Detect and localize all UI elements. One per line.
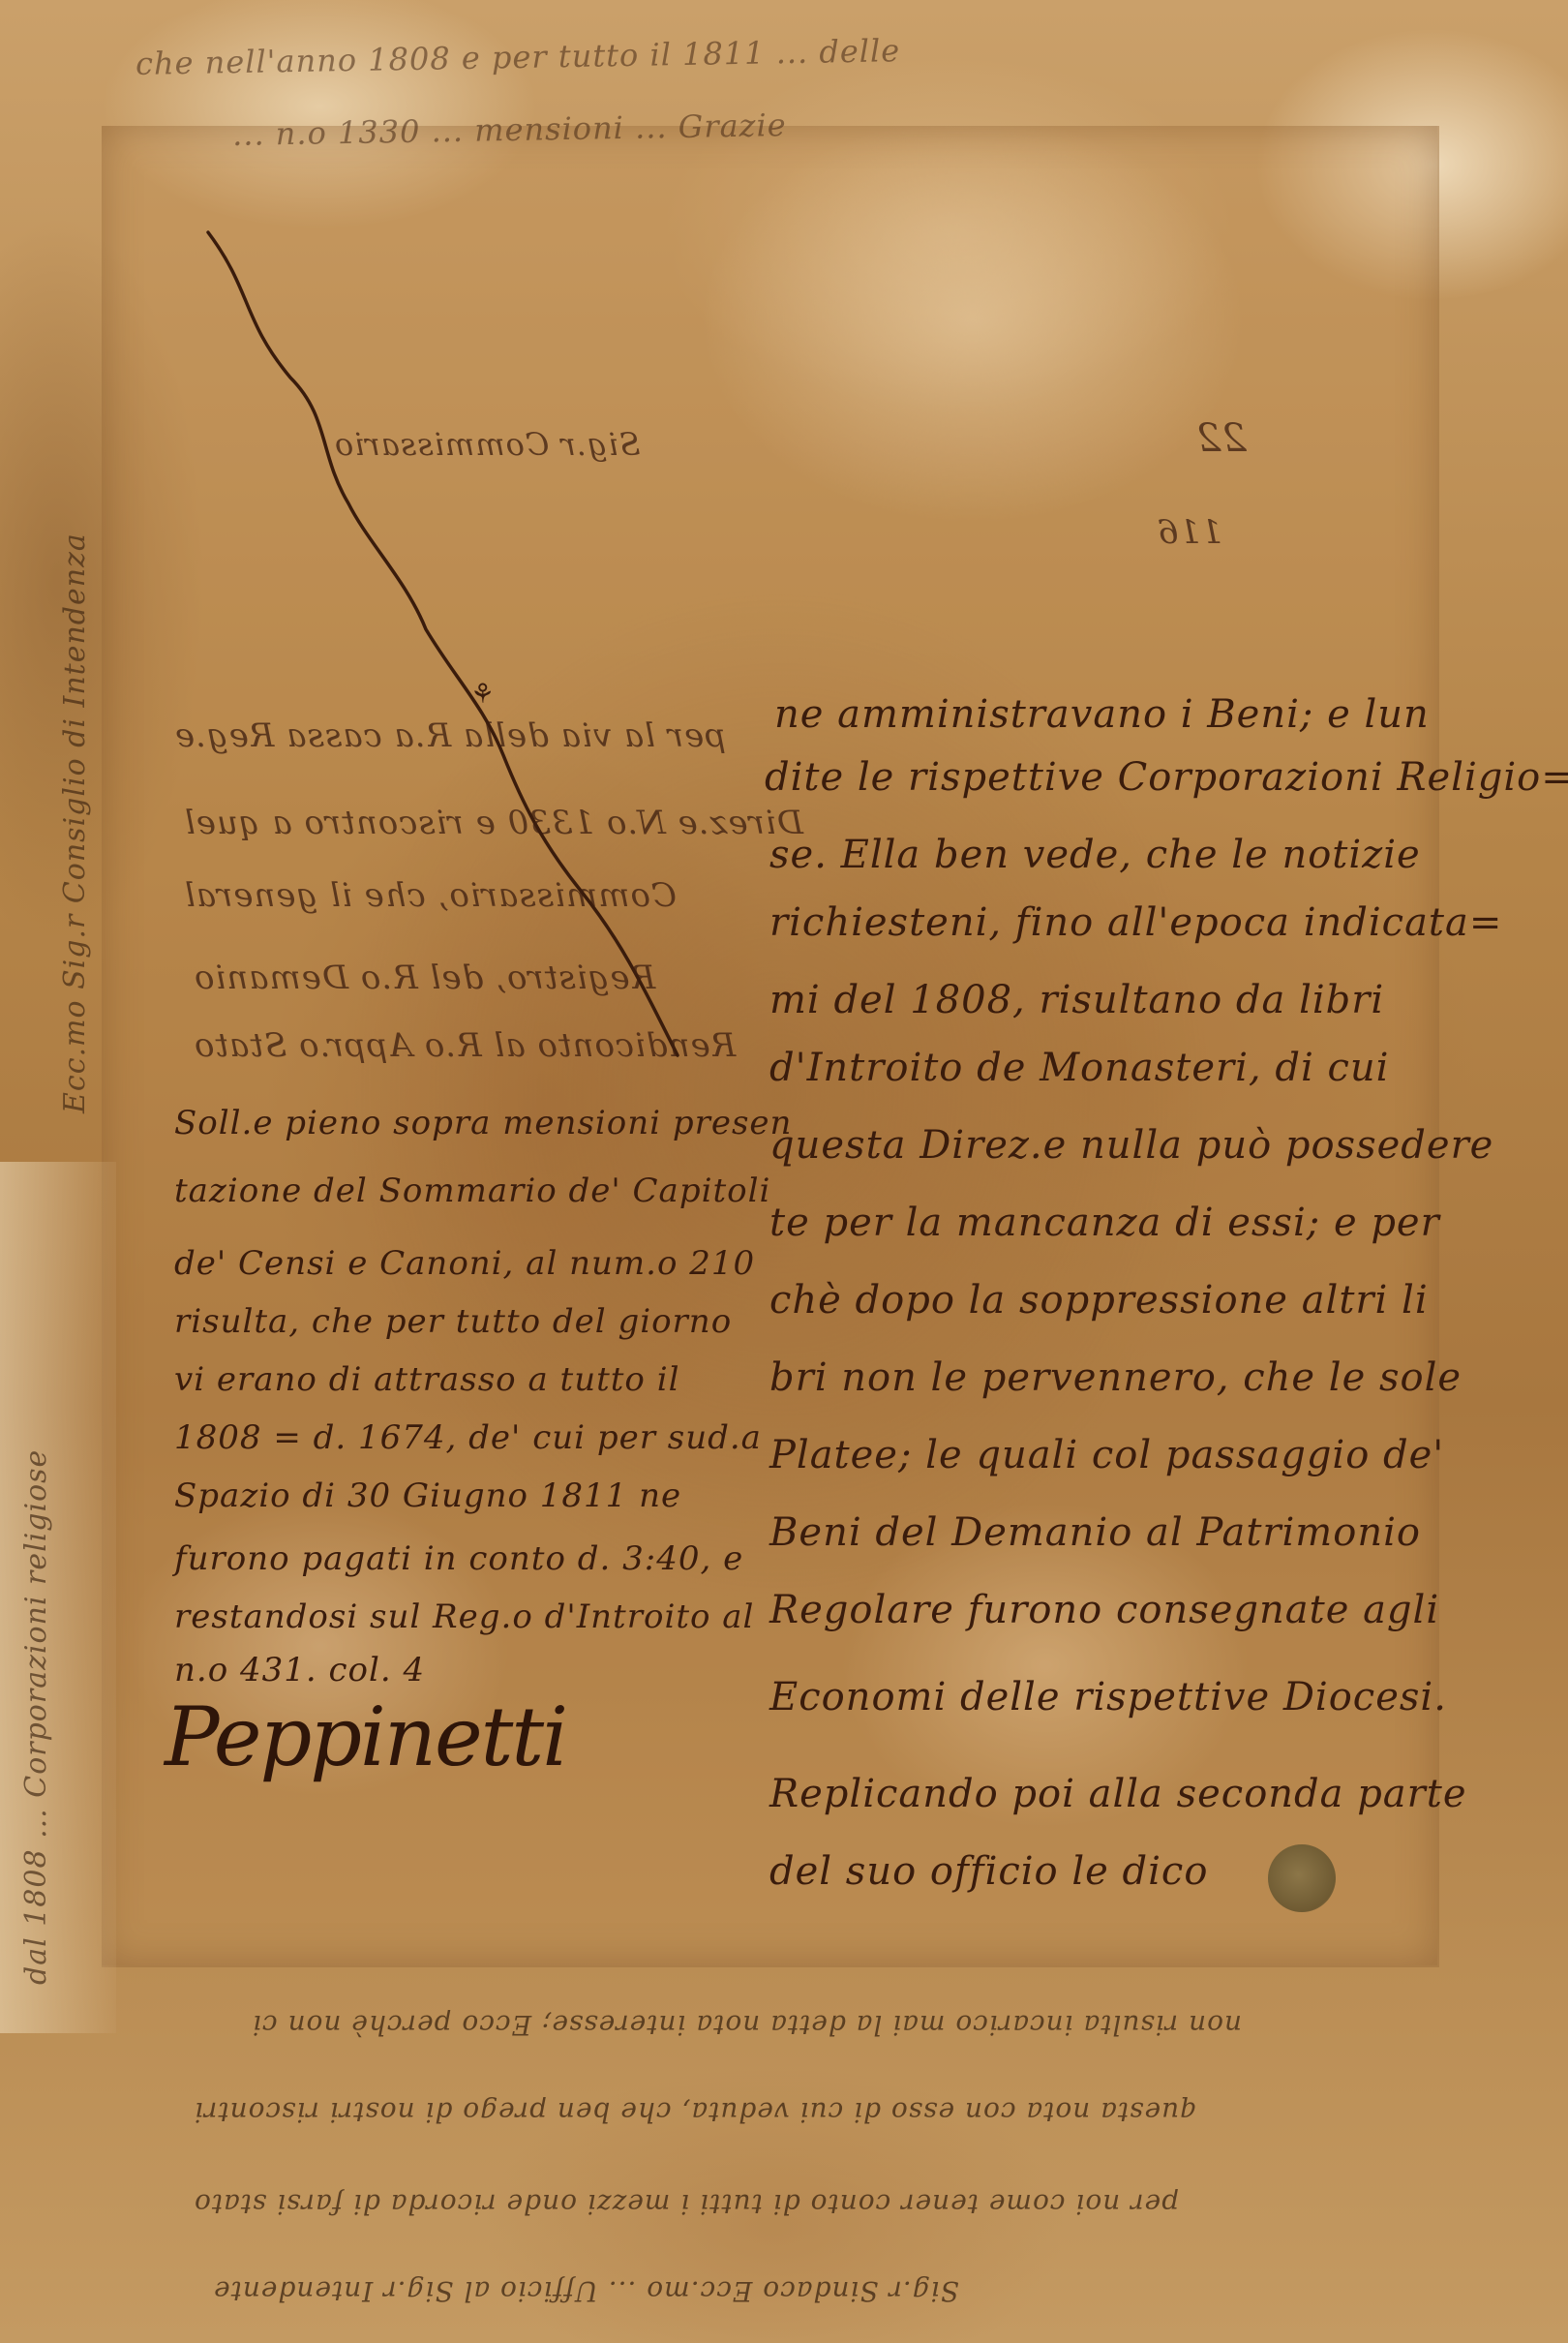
right-text-line: dite le rispettive Corporazioni Religio= [765,755,1568,800]
right-text-line: Platee; le quali col passaggio de' [769,1433,1444,1477]
mirrored-line: Registro, del R.o Demanio [194,958,655,997]
upside-down-line: per noi come tener conto di tutti i mezz… [194,2188,1179,2220]
left-text-line: de' Censi e Canoni, al num.o 210 [174,1244,755,1283]
right-text-line: mi del 1808, risultano da libri [769,978,1384,1022]
right-text-line: chè dopo la soppressione altri li [769,1278,1429,1323]
right-text-line: se. Ella ben vede, che le notizie [769,833,1421,877]
right-text-line: Beni del Demanio al Patrimonio [769,1510,1421,1555]
right-text-line: ne amministravano i Beni; e lun [774,692,1430,737]
mirrored-line: Direz.e N.o 1330 e riscontro a quel [184,804,803,842]
mirrored-line: per la via della R.a cassa Reg.e [174,716,726,755]
right-text-line: Regolare furono consegnate agli [769,1588,1439,1632]
left-text-line: risulta, che per tutto del giorno [174,1302,732,1341]
right-text-line: bri non le pervennero, che le sole [769,1355,1462,1400]
right-text-line: Replicando poi alla seconda parte [769,1772,1467,1816]
left-text-line: furono pagati in conto d. 3:40, e [174,1539,743,1578]
upside-down-line: non risulta incarico mai la detta nota i… [252,2009,1242,2041]
right-text-line: te per la mancanza di essi; e per [769,1201,1440,1245]
left-text-line: 1808 = d. 1674, de' cui per sud.a [174,1418,762,1457]
right-text-line: del suo officio le dico [769,1849,1208,1894]
left-text-line: restandosi sul Reg.o d'Introito al [174,1597,754,1636]
left-text-line: tazione del Sommario de' Capitoli [174,1171,770,1210]
mirrored-line: Commissario, che il general [184,876,677,915]
upside-down-line: Sig.r Sindaco Ecc.mo ... Ufficio al Sig.… [213,2275,959,2307]
right-text-line: richiesteni, fino all'epoca indicata= [769,900,1502,945]
upside-down-line: questa nota con esso di cui veduta, che … [194,2096,1197,2128]
right-text-line: questa Direz.e nulla può possedere [769,1123,1493,1168]
left-text-line: vi erano di attrasso a tutto il [174,1360,679,1399]
left-text-line: Soll.e pieno sopra mensioni presen [174,1104,792,1142]
wax-stain [1268,1844,1336,1912]
mirrored-line: Rendiconto al R.o Appr.o Stato [194,1026,736,1065]
signature: Peppinetti [165,1689,566,1784]
right-text-line: d'Introito de Monasteri, di cui [769,1046,1389,1090]
left-text-line: Spazio di 30 Giugno 1811 ne [174,1476,681,1515]
left-text-line: n.o 431. col. 4 [174,1651,425,1689]
right-text-line: Economi delle rispettive Diocesi. [769,1675,1447,1719]
